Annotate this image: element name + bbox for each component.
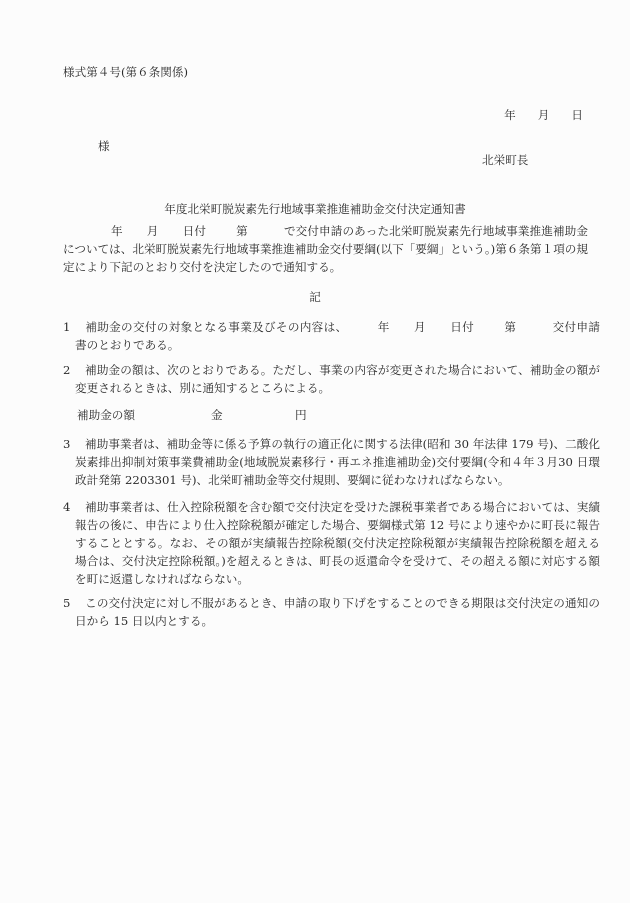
amount-unit: 円	[295, 406, 307, 424]
item-year: 年	[377, 320, 389, 334]
item-day-ref: 日付	[450, 320, 474, 334]
item-text: 補助金の額は、次のとおりである。ただし、事業の内容が変更された場合において、補助…	[75, 363, 600, 395]
item-2: 2補助金の額は、次のとおりである。ただし、事業の内容が変更された場合において、補…	[63, 361, 600, 397]
body-paragraph: 年月日付第で交付申請のあった北栄町脱炭素先行地域事業推進補助金については、北栄町…	[63, 222, 588, 276]
issuer: 北栄町長	[482, 151, 528, 169]
item-number-prefix: 第	[504, 320, 516, 334]
item-text: 補助金の交付の対象となる事業及びその内容は、	[85, 320, 347, 334]
body-number-prefix: 第	[236, 224, 248, 238]
amount-prefix: 金	[211, 406, 295, 424]
item-text: この交付決定に対し不服があるとき、申請の取り下げをすることのできる期限は交付決定…	[75, 596, 600, 628]
date-month-label: 月	[538, 106, 550, 124]
item-number: 1	[63, 318, 85, 336]
issue-date: 年月日	[504, 106, 583, 124]
amount-label: 補助金の額	[77, 406, 211, 424]
item-text: 補助事業者は、補助金等に係る予算の執行の適正化に関する法律(昭和 30 年法律 …	[75, 437, 600, 487]
date-year-label: 年	[504, 106, 516, 124]
item-text: 補助事業者は、仕入控除税額を含む額で交付決定を受けた課税事業者である場合において…	[75, 500, 600, 586]
form-number: 様式第４号(第６条関係)	[63, 63, 188, 81]
item-4: 4補助事業者は、仕入控除税額を含む額で交付決定を受けた課税事業者である場合におい…	[63, 498, 600, 588]
item-month: 月	[414, 320, 426, 334]
body-day-ref: 日付	[183, 224, 207, 238]
item-5: 5この交付決定に対し不服があるとき、申請の取り下げをすることのできる期限は交付決…	[63, 594, 600, 630]
item-1: 1補助金の交付の対象となる事業及びその内容は、年月日付第交付申請書のとおりである…	[63, 318, 600, 354]
item-number: 2	[63, 361, 85, 379]
date-day-label: 日	[571, 106, 583, 124]
body-month: 月	[147, 224, 159, 238]
body-text: で交付申請のあった北栄町脱炭素先行地域事業推進補助金については、北栄町脱炭素先行…	[63, 224, 588, 274]
addressee: 様	[98, 137, 110, 155]
document-title: 年度北栄町脱炭素先行地域事業推進補助金交付決定通知書	[0, 200, 630, 218]
ki-heading: 記	[0, 288, 630, 306]
body-year: 年	[111, 224, 123, 238]
item-number: 4	[63, 498, 85, 516]
item-number: 5	[63, 594, 85, 612]
item-number: 3	[63, 435, 85, 453]
item-3: 3補助事業者は、補助金等に係る予算の執行の適正化に関する法律(昭和 30 年法律…	[63, 435, 600, 489]
subsidy-amount-line: 補助金の額金円	[77, 406, 307, 424]
